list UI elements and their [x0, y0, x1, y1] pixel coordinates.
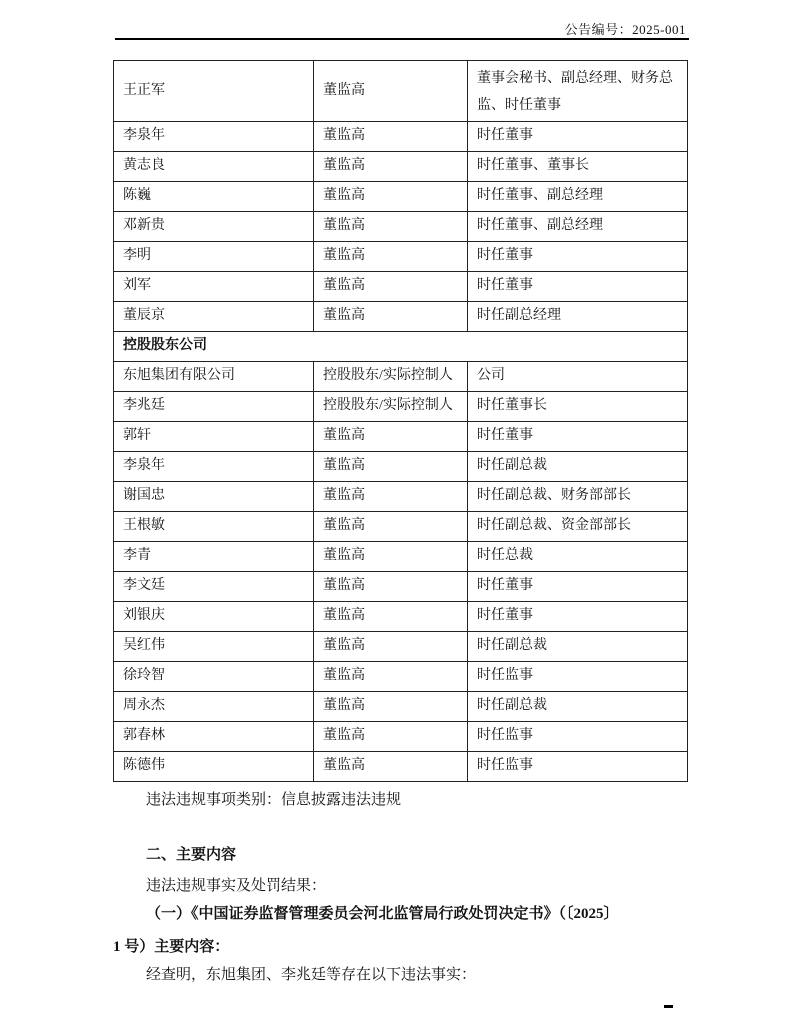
announcement-number: 公告编号：2025-001 — [565, 19, 686, 38]
table-row: 王正军董监高董事会秘书、副总经理、财务总监、时任董事 — [114, 61, 688, 122]
cell-name: 郭轩 — [114, 422, 314, 452]
cell-name: 吴红伟 — [114, 632, 314, 662]
cell-name: 王正军 — [114, 61, 314, 122]
cell-position: 时任董事 — [468, 602, 688, 632]
cell-category: 控股股东/实际控制人 — [314, 362, 468, 392]
table-row: 周永杰董监高时任副总裁 — [114, 692, 688, 722]
cell-position: 时任董事 — [468, 272, 688, 302]
cell-category: 董监高 — [314, 632, 468, 662]
decision-title-line1: （一）《中国证券监督管理委员会河北监管局行政处罚决定书》（〔2025〕 — [113, 905, 720, 924]
violation-category-line: 违法违规事项类别：信息披露违法违规 — [113, 791, 720, 810]
table-row: 陈德伟董监高时任监事 — [114, 752, 688, 782]
cell-category: 董监高 — [314, 302, 468, 332]
cell-category: 董监高 — [314, 482, 468, 512]
cell-name: 李泉年 — [114, 452, 314, 482]
cell-position: 时任董事 — [468, 122, 688, 152]
cell-category: 董监高 — [314, 722, 468, 752]
cell-name: 郭春林 — [114, 722, 314, 752]
personnel-table: 王正军董监高董事会秘书、副总经理、财务总监、时任董事李泉年董监高时任董事黄志良董… — [113, 60, 688, 782]
cell-position: 时任董事长 — [468, 392, 688, 422]
cell-category: 控股股东/实际控制人 — [314, 392, 468, 422]
cell-category: 董监高 — [314, 452, 468, 482]
cell-name: 王根敏 — [114, 512, 314, 542]
finding-line: 经查明，东旭集团、李兆廷等存在以下违法事实： — [113, 966, 720, 985]
table-row: 李文廷董监高时任董事 — [114, 572, 688, 602]
cell-name: 周永杰 — [114, 692, 314, 722]
cell-category: 董监高 — [314, 122, 468, 152]
table-row: 徐玲智董监高时任监事 — [114, 662, 688, 692]
table-row: 李明董监高时任董事 — [114, 242, 688, 272]
cell-name: 黄志良 — [114, 152, 314, 182]
table-row: 李青董监高时任总裁 — [114, 542, 688, 572]
cell-category: 董监高 — [314, 692, 468, 722]
section-label: 控股股东公司 — [114, 332, 688, 362]
table-row: 陈巍董监高时任董事、副总经理 — [114, 182, 688, 212]
table-row: 李泉年董监高时任副总裁 — [114, 452, 688, 482]
cell-category: 董监高 — [314, 542, 468, 572]
cell-category: 董监高 — [314, 242, 468, 272]
page-number-mark — [664, 1005, 673, 1008]
table-row: 刘军董监高时任董事 — [114, 272, 688, 302]
cell-name: 陈巍 — [114, 182, 314, 212]
table-row: 黄志良董监高时任董事、董事长 — [114, 152, 688, 182]
header-divider — [115, 38, 689, 40]
cell-name: 李泉年 — [114, 122, 314, 152]
cell-position: 时任副总裁、资金部部长 — [468, 512, 688, 542]
table-row: 李兆廷控股股东/实际控制人时任董事长 — [114, 392, 688, 422]
cell-position: 时任董事、副总经理 — [468, 212, 688, 242]
table-row: 刘银庆董监高时任董事 — [114, 602, 688, 632]
table-row: 李泉年董监高时任董事 — [114, 122, 688, 152]
cell-category: 董监高 — [314, 662, 468, 692]
table-row: 郭春林董监高时任监事 — [114, 722, 688, 752]
table-row: 王根敏董监高时任副总裁、资金部部长 — [114, 512, 688, 542]
table-row: 邓新贵董监高时任董事、副总经理 — [114, 212, 688, 242]
document-page: 公告编号：2025-001 王正军董监高董事会秘书、副总经理、财务总监、时任董事… — [0, 0, 786, 1010]
cell-name: 刘银庆 — [114, 602, 314, 632]
result-intro-line: 违法违规事实及处罚结果： — [113, 877, 720, 896]
cell-name: 东旭集团有限公司 — [114, 362, 314, 392]
table-row: 郭轩董监高时任董事 — [114, 422, 688, 452]
cell-name: 徐玲智 — [114, 662, 314, 692]
table-body: 王正军董监高董事会秘书、副总经理、财务总监、时任董事李泉年董监高时任董事黄志良董… — [114, 61, 688, 782]
cell-name: 刘军 — [114, 272, 314, 302]
cell-category: 董监高 — [314, 752, 468, 782]
cell-position: 时任董事、副总经理 — [468, 182, 688, 212]
cell-position: 时任监事 — [468, 662, 688, 692]
cell-category: 董监高 — [314, 512, 468, 542]
cell-category: 董监高 — [314, 182, 468, 212]
cell-position: 时任副总经理 — [468, 302, 688, 332]
cell-name: 李明 — [114, 242, 314, 272]
cell-name: 谢国忠 — [114, 482, 314, 512]
table-row: 董辰京董监高时任副总经理 — [114, 302, 688, 332]
cell-category: 董监高 — [314, 422, 468, 452]
cell-position: 时任副总裁、财务部部长 — [468, 482, 688, 512]
cell-name: 董辰京 — [114, 302, 314, 332]
table-row: 东旭集团有限公司控股股东/实际控制人公司 — [114, 362, 688, 392]
cell-position: 公司 — [468, 362, 688, 392]
cell-position: 时任副总裁 — [468, 452, 688, 482]
cell-position: 时任监事 — [468, 752, 688, 782]
cell-name: 陈德伟 — [114, 752, 314, 782]
cell-position: 时任副总裁 — [468, 632, 688, 662]
cell-category: 董监高 — [314, 61, 468, 122]
cell-position: 时任总裁 — [468, 542, 688, 572]
cell-category: 董监高 — [314, 572, 468, 602]
cell-category: 董监高 — [314, 272, 468, 302]
cell-position: 时任董事 — [468, 242, 688, 272]
decision-title-line2: 1 号）主要内容： — [113, 938, 687, 957]
table-row: 谢国忠董监高时任副总裁、财务部部长 — [114, 482, 688, 512]
cell-position: 时任监事 — [468, 722, 688, 752]
cell-position: 时任董事、董事长 — [468, 152, 688, 182]
cell-category: 董监高 — [314, 212, 468, 242]
cell-name: 李青 — [114, 542, 314, 572]
section-row: 控股股东公司 — [114, 332, 688, 362]
cell-category: 董监高 — [314, 602, 468, 632]
cell-name: 邓新贵 — [114, 212, 314, 242]
cell-category: 董监高 — [314, 152, 468, 182]
cell-name: 李兆廷 — [114, 392, 314, 422]
cell-position: 时任副总裁 — [468, 692, 688, 722]
cell-position: 董事会秘书、副总经理、财务总监、时任董事 — [468, 61, 688, 122]
cell-position: 时任董事 — [468, 572, 688, 602]
cell-name: 李文廷 — [114, 572, 314, 602]
cell-position: 时任董事 — [468, 422, 688, 452]
section-heading: 二、主要内容 — [113, 846, 720, 865]
table-row: 吴红伟董监高时任副总裁 — [114, 632, 688, 662]
